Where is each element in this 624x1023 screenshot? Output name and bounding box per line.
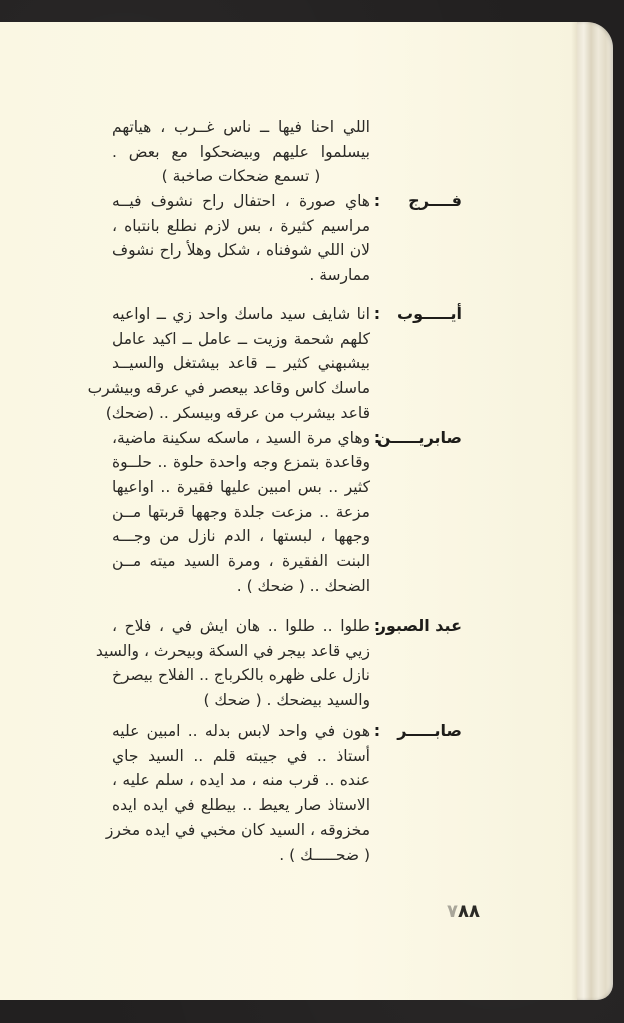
- text-line: البنت الفقيرة ، ومرة السيد ميته مــن: [112, 549, 370, 574]
- text-line: بيشبهني كثير ــ قاعد بيشتغل والسيــد: [112, 351, 370, 376]
- text-line: والسيد بيضحك . ( ضحك ): [112, 688, 370, 713]
- text-line: وهاي مرة السيد ، ماسكه سكينة ماضية،: [112, 426, 370, 451]
- page-number: ٧٨٨: [447, 901, 480, 922]
- text-line: مراسيم كثيرة ، بس لازم نطلع بانتباه ،: [112, 214, 370, 239]
- text-line: مخزوقه ، السيد كان مخبي في ايده مخرز: [112, 818, 370, 843]
- text-line: كلهم شحمة وزيت ــ عامل ــ اكيد عامل: [112, 327, 370, 352]
- speaker-label: أيـــــوب: [382, 302, 462, 327]
- text-line: انا شايف سيد ماسك واحد زي ــ اواعيه: [112, 302, 370, 327]
- speaker-colon: :: [372, 426, 382, 451]
- text-line: ( ضحـــــك ) .: [112, 843, 370, 868]
- text-line: نازل على ظهره بالكرباج .. الفلاح بيصرخ: [112, 663, 370, 688]
- text-line: كثير .. بس امبين عليها فقيرة .. اواعيها: [112, 475, 370, 500]
- text-line: وجهها ، لبستها ، الدم نازل من وجـــه: [112, 524, 370, 549]
- speaker-colon: :: [372, 302, 382, 327]
- speaker-colon: :: [372, 719, 382, 744]
- text-line: الضحك .. ( ضحك ) .: [112, 574, 370, 599]
- text-line: هون في واحد لابس بدله .. امبين عليه: [112, 719, 370, 744]
- text-line: ماسك كاس وقاعد بيعصر في عرقه وبيشرب: [112, 376, 370, 401]
- speaker-label: عبد الصبور: [382, 614, 462, 639]
- text-line: لان اللي شوفناه ، شكل وهلأ راح نشوف: [112, 238, 370, 263]
- text-line: هاي صورة ، احتفال راح نشوف فيــه: [112, 189, 370, 214]
- page-number-digits: ٨٨: [458, 901, 480, 922]
- text-line: بيسلموا عليهم وبيضحكوا مع بعض .: [112, 140, 370, 165]
- page-text: اللي احنا فيها ــ ناس غــرب ، هياتهم بيس…: [0, 22, 577, 1000]
- book-page: اللي احنا فيها ــ ناس غــرب ، هياتهم بيس…: [0, 22, 577, 1000]
- text-line: أستاذ .. في جيبته قلم .. السيد جاي: [112, 744, 370, 769]
- speaker-label: فــــرج: [382, 189, 462, 214]
- speaker-label: صابريـــــن: [382, 426, 462, 451]
- speaker-label: صابـــــر: [382, 719, 462, 744]
- text-line: مزعة .. مزعت جلدة وجهها قربتها مــن: [112, 500, 370, 525]
- speaker-colon: :: [372, 614, 382, 639]
- page-number-faded-digit: ٧: [447, 901, 458, 922]
- text-line: وقاعدة بتمزع وجه واحدة حلوة .. حلــوة: [112, 450, 370, 475]
- text-line: الاستاذ صار يعيط .. بيطلع في ايده ايده: [112, 793, 370, 818]
- text-line: زيي قاعد بيجر في السكة وبيحرث ، والسيد: [112, 639, 370, 664]
- text-line: قاعد بيشرب من عرقه وبيسكر .. (ضحك): [112, 401, 370, 426]
- text-line: عنده .. قرب منه ، مد ايده ، سلم عليه ،: [112, 768, 370, 793]
- text-line: اللي احنا فيها ــ ناس غــرب ، هياتهم: [112, 115, 370, 140]
- stage-direction: ( تسمع ضحكات صاخبة ): [112, 164, 370, 189]
- text-line: طلوا .. طلوا .. هان ايش في ، فلاح ،: [112, 614, 370, 639]
- speaker-colon: :: [372, 189, 382, 214]
- text-line: ممارسة .: [112, 263, 370, 288]
